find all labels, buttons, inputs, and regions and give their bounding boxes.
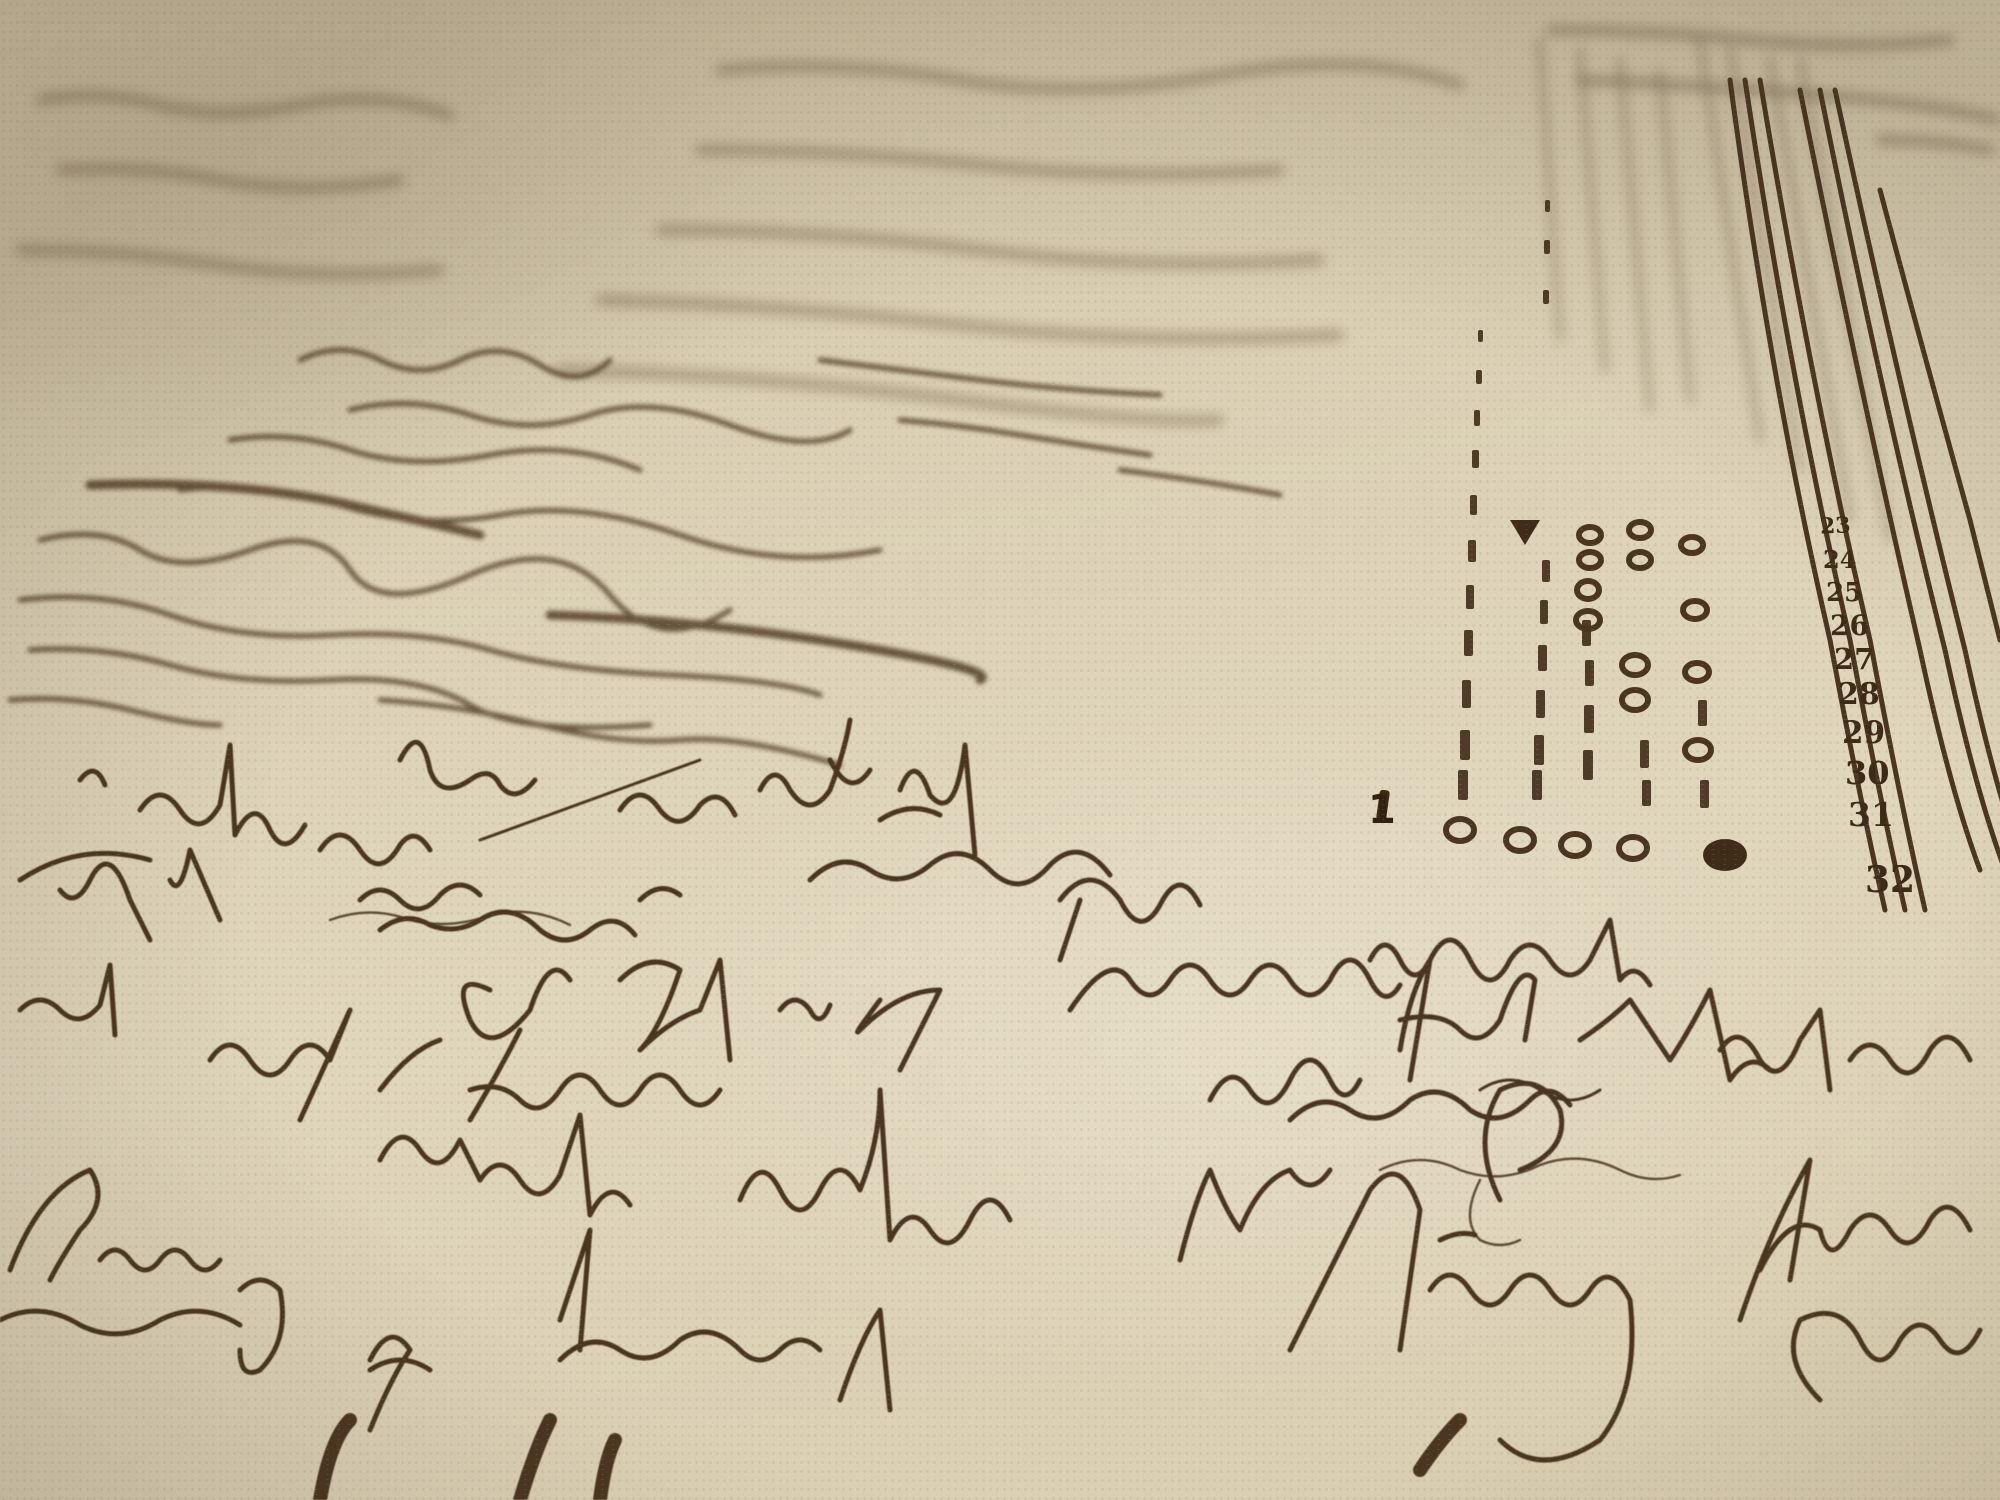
row-number-29: 29 xyxy=(1842,718,1885,749)
row-number-25: 25 xyxy=(1826,580,1862,606)
row-number-24: 24 xyxy=(1823,548,1856,572)
binary-columns-dots xyxy=(0,0,2000,1500)
row-number-32: 32 xyxy=(1865,862,1915,898)
binary-table: 23 24 25 26 27 28 29 30 31 32 1 xyxy=(0,0,2000,1500)
row-number-30: 30 xyxy=(1845,757,1890,789)
row-number-31: 31 xyxy=(1848,798,1894,831)
row-number-27: 27 xyxy=(1834,645,1874,674)
row-number-28: 28 xyxy=(1838,680,1880,710)
row-number-26: 26 xyxy=(1830,612,1869,640)
binary-digit-1: 1 xyxy=(1368,790,1396,830)
manuscript-photo: 23 24 25 26 27 28 29 30 31 32 1 xyxy=(0,0,2000,1500)
row-number-23: 23 xyxy=(1819,514,1851,538)
